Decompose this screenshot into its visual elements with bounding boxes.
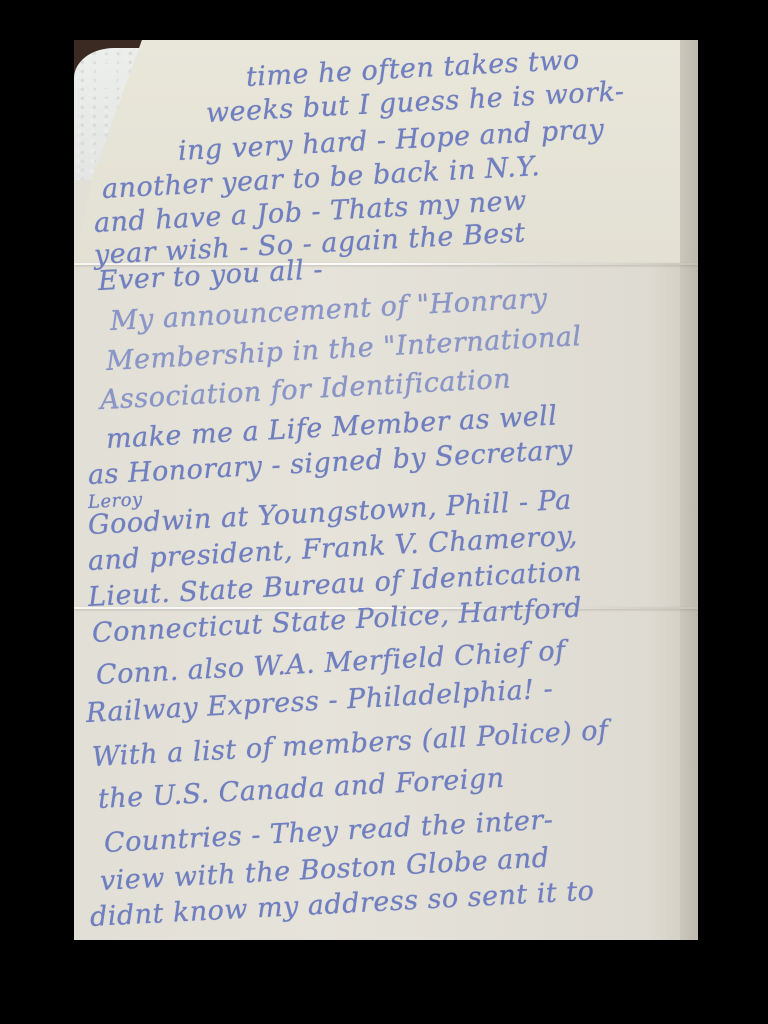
letter-photo: time he often takes two weeks but I gues…: [74, 40, 698, 940]
text-line: the U.S. Canada and Foreign: [97, 763, 505, 815]
handwritten-text: time he often takes two weeks but I gues…: [74, 40, 698, 940]
